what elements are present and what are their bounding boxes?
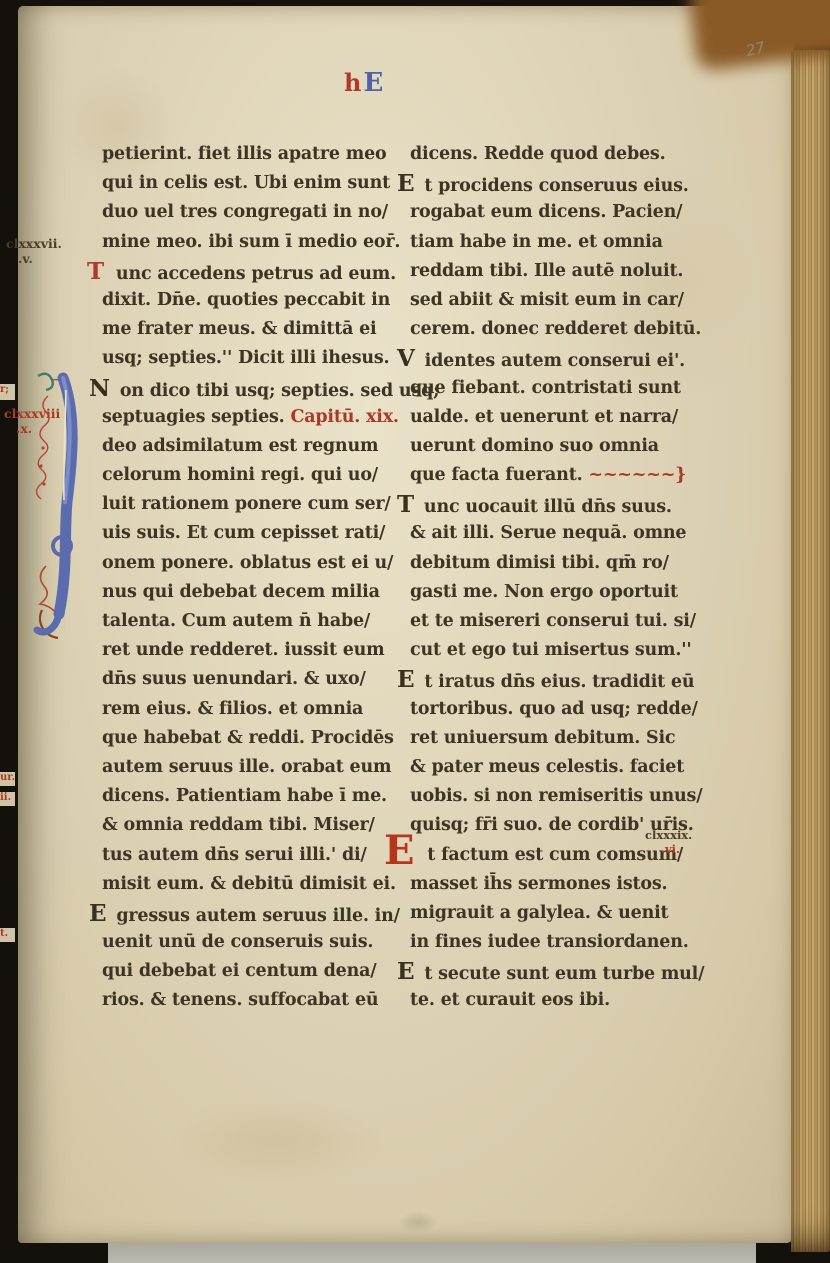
canon-note-right: clxxxix. .vi. (645, 828, 692, 856)
text-segment: qui in celis est. Ubi enim sunt (102, 173, 390, 193)
initial-letter: N (89, 375, 110, 402)
canon-number: clxxxvii. (6, 236, 62, 251)
manuscript-line: uenit unū de conseruis suis. (102, 928, 404, 957)
text-segment: me frater meus. & dimittā ei (102, 319, 377, 339)
manuscript-line: et te misereri conserui tui. si/ (410, 607, 722, 636)
text-segment: rem eius. & filios. et omnia (102, 699, 363, 719)
text-segment: ret unde redderet. iussit eum (102, 640, 385, 660)
text-segment: uerunt domino suo omnia (410, 436, 659, 456)
text-segment: ret uniuersum debitum. Sic (410, 728, 675, 748)
manuscript-line: te. et curauit eos ibi. (410, 986, 722, 1015)
text-segment: que habebat & reddi. Procidēs (102, 728, 394, 748)
text-segment: dixit. Dn̄e. quoties peccabit in (102, 290, 390, 310)
manuscript-line: Egressus autem seruus ille. in/ (102, 899, 404, 928)
text-segment: dicens. Redde quod debes. (410, 144, 665, 164)
text-segment: ualde. et uenerunt et narra/ (410, 407, 678, 427)
running-header-letter-e: E (363, 68, 383, 98)
canon-note-left-lower: clxxxviii .x. (4, 406, 60, 436)
text-segment: tiam habe in me. et omnia (410, 232, 663, 252)
manuscript-line: luit rationem ponere cum ser/ (102, 490, 404, 519)
text-segment: uis suis. Et cum cepisset rati/ (102, 523, 385, 543)
text-segment: que facta fuerant. (410, 465, 588, 485)
manuscript-line: uis suis. Et cum cepisset rati/ (102, 519, 404, 548)
manuscript-line: & omnia reddam tibi. Miser/ (102, 811, 404, 840)
text-segment: rogabat eum dicens. Pacien/ (410, 202, 682, 222)
text-segment: que fiebant. contristati sunt (410, 378, 681, 398)
manuscript-line: uerunt domino suo omnia (410, 432, 722, 461)
text-segment: cerem. donec redderet debitū. (410, 319, 701, 339)
initial-letter: E (397, 170, 414, 197)
manuscript-line: rios. & tenens. suffocabat eū (102, 986, 404, 1015)
manuscript-line: in fines iudee transiordanen. (410, 928, 722, 957)
text-segment: & pater meus celestis. faciet (410, 757, 684, 777)
text-segment: septuagies septies. (102, 407, 290, 427)
manuscript-line: usq; septies.'' Dicit illi ihesus. (102, 344, 404, 373)
manuscript-line: uobis. si non remiseritis unus/ (410, 782, 722, 811)
manuscript-line: que facta fuerant. ~~~~~~} (410, 461, 722, 490)
text-segment: nus qui debebat decem milia (102, 582, 380, 602)
manuscript-line: misit eum. & debitū dimisit ei. (102, 870, 404, 899)
manuscript-line: Tunc uocauit illū dn̄s suus. (410, 490, 722, 519)
manuscript-line: talenta. Cum autem n̄ habe/ (102, 607, 404, 636)
manuscript-line: dicens. Redde quod debes. (410, 140, 722, 169)
initial-letter: E (89, 900, 106, 927)
manuscript-line: septuagies septies. Capitū. xix. (102, 403, 404, 432)
manuscript-line: tiam habe in me. et omnia (410, 228, 722, 257)
text-segment: uobis. si non remiseritis unus/ (410, 786, 702, 806)
manuscript-line: cerem. donec redderet debitū. (410, 315, 722, 344)
manuscript-line: duo uel tres congregati in no/ (102, 198, 404, 227)
manuscript-line: petierint. fiet illis apatre meo (102, 140, 404, 169)
manuscript-line: me frater meus. & dimittā ei (102, 315, 404, 344)
text-segment: dn̄s suus uenundari. & uxo/ (102, 669, 366, 689)
manuscript-line: rem eius. & filios. et omnia (102, 695, 404, 724)
table-surface (108, 1243, 756, 1263)
text-segment: reddam tibi. Ille autē noluit. (410, 261, 683, 281)
canon-number: clxxxix. (645, 828, 692, 842)
manuscript-line: Et secute sunt eum turbe mul/ (410, 957, 722, 986)
text-segment: te. et curauit eos ibi. (410, 990, 610, 1010)
initial-letter: T (397, 491, 414, 518)
text-segment: unc uocauit illū dn̄s suus. (424, 497, 672, 517)
left-text-column: petierint. fiet illis apatre meoqui in c… (102, 140, 404, 1016)
text-segment: dicens. Patientiam habe ī me. (102, 786, 387, 806)
parchment-stain (168, 1096, 388, 1186)
text-segment: cut et ego tui misertus sum.'' (410, 640, 692, 660)
book-fore-edge (791, 50, 830, 1252)
edge-fragment: t. (0, 928, 15, 942)
text-segment: in fines iudee transiordanen. (410, 932, 689, 952)
text-segment: et te misereri conserui tui. si/ (410, 611, 696, 631)
manuscript-line: celorum homini regi. qui uo/ (102, 461, 404, 490)
text-segment: celorum homini regi. qui uo/ (102, 465, 378, 485)
manuscript-line: dicens. Patientiam habe ī me. (102, 782, 404, 811)
photograph-of-manuscript: petierint. fiet illis apatre meoqui in c… (0, 0, 830, 1263)
manuscript-line: qui debebat ei centum dena/ (102, 957, 404, 986)
text-segment: t iratus dn̄s eius. tradidit eū (424, 672, 694, 692)
text-segment: ~~~~~~} (588, 465, 686, 485)
manuscript-line: Non dico tibi usq; septies. sed usq; (102, 374, 404, 403)
text-segment: uenit unū de conseruis suis. (102, 932, 373, 952)
manuscript-line: deo adsimilatum est regnum (102, 432, 404, 461)
text-segment: gressus autem seruus ille. in/ (116, 906, 399, 926)
manuscript-line: autem seruus ille. orabat eum (102, 753, 404, 782)
manuscript-line: nus qui debebat decem milia (102, 578, 404, 607)
canon-number: clxxxviii (4, 406, 60, 421)
manuscript-line: dn̄s suus uenundari. & uxo/ (102, 665, 404, 694)
text-segment: t secute sunt eum turbe mul/ (424, 964, 704, 984)
canon-table-number: .vi. (645, 842, 692, 856)
manuscript-line: sed abiit & misit eum in car/ (410, 286, 722, 315)
manuscript-line: que fiebant. contristati sunt (410, 374, 722, 403)
manuscript-line: & ait illi. Serue nequā. omne (410, 519, 722, 548)
manuscript-line: ret uniuersum debitum. Sic (410, 724, 722, 753)
initial-letter: E (384, 827, 414, 874)
text-segment: petierint. fiet illis apatre meo (102, 144, 387, 164)
text-segment: luit rationem ponere cum ser/ (102, 494, 391, 514)
manuscript-line: Et iratus dn̄s eius. tradidit eū (410, 665, 722, 694)
text-segment: usq; septies.'' Dicit illi ihesus. (102, 348, 389, 368)
manuscript-line: ret unde redderet. iussit eum (102, 636, 404, 665)
manuscript-line: rogabat eum dicens. Pacien/ (410, 198, 722, 227)
pencil-smudge (398, 1211, 438, 1233)
initial-letter: T (87, 258, 104, 285)
text-segment: gasti me. Non ergo oportuit (410, 582, 678, 602)
text-segment: sed abiit & misit eum in car/ (410, 290, 684, 310)
running-header: hE (344, 68, 383, 98)
manuscript-page: petierint. fiet illis apatre meoqui in c… (18, 6, 794, 1243)
canon-table-number: .v. (6, 251, 62, 266)
text-segment: talenta. Cum autem n̄ habe/ (102, 611, 370, 631)
text-segment: identes autem conserui ei'. (425, 351, 685, 371)
canon-note-left-upper: clxxxvii. .v. (6, 236, 62, 266)
manuscript-line: que habebat & reddi. Procidēs (102, 724, 404, 753)
manuscript-line: masset ih̄s sermones istos. (410, 870, 722, 899)
right-text-column: dicens. Redde quod debes.Et procidens co… (410, 140, 722, 1016)
manuscript-line: qui in celis est. Ubi enim sunt (102, 169, 404, 198)
text-segment: autem seruus ille. orabat eum (102, 757, 391, 777)
edge-fragment: ur. (0, 772, 15, 786)
initial-letter: E (397, 666, 414, 693)
text-segment: masset ih̄s sermones istos. (410, 874, 667, 894)
manuscript-line: Tunc accedens petrus ad eum. (102, 257, 404, 286)
text-segment: unc accedens petrus ad eum. (116, 264, 396, 284)
manuscript-line: & pater meus celestis. faciet (410, 753, 722, 782)
text-segment: & ait illi. Serue nequā. omne (410, 523, 686, 543)
edge-fragment: ii. (0, 792, 15, 806)
manuscript-line: Et procidens conseruus eius. (410, 169, 722, 198)
initial-letter: V (397, 345, 415, 372)
initial-letter: E (397, 958, 414, 985)
manuscript-line: mine meo. ibi sum ī medio eor̄. (102, 228, 404, 257)
text-segment: deo adsimilatum est regnum (102, 436, 378, 456)
text-segment: on dico tibi usq; septies. sed usq; (120, 381, 440, 401)
text-segment: onem ponere. oblatus est ei u/ (102, 553, 393, 573)
manuscript-line: ualde. et uenerunt et narra/ (410, 403, 722, 432)
manuscript-line: cut et ego tui misertus sum.'' (410, 636, 722, 665)
text-segment: qui debebat ei centum dena/ (102, 961, 376, 981)
text-segment: migrauit a galylea. & uenit (410, 903, 668, 923)
manuscript-line: onem ponere. oblatus est ei u/ (102, 549, 404, 578)
manuscript-line: tortoribus. quo ad usq; redde/ (410, 695, 722, 724)
manuscript-line: migrauit a galylea. & uenit (410, 899, 722, 928)
text-segment: duo uel tres congregati in no/ (102, 202, 388, 222)
text-segment: & omnia reddam tibi. Miser/ (102, 815, 375, 835)
manuscript-line: Videntes autem conserui ei'. (410, 344, 722, 373)
text-segment: Capitū. xix. (290, 407, 398, 427)
text-segment: t procidens conseruus eius. (424, 176, 688, 196)
manuscript-line: reddam tibi. Ille autē noluit. (410, 257, 722, 286)
canon-table-number: .x. (4, 421, 60, 436)
text-segment: rios. & tenens. suffocabat eū (102, 990, 378, 1010)
text-segment: tus autem dn̄s serui illi.' di/ (102, 845, 367, 865)
manuscript-line: gasti me. Non ergo oportuit (410, 578, 722, 607)
running-header-letter-h: h (344, 68, 361, 97)
text-segment: mine meo. ibi sum ī medio eor̄. (102, 232, 400, 252)
text-segment: debitum dimisi tibi. qm̄ ro/ (410, 553, 669, 573)
edge-fragment: r; (0, 384, 15, 400)
text-segment: tortoribus. quo ad usq; redde/ (410, 699, 698, 719)
text-segment: misit eum. & debitū dimisit ei. (102, 874, 396, 894)
manuscript-line: debitum dimisi tibi. qm̄ ro/ (410, 549, 722, 578)
manuscript-line: tus autem dn̄s serui illi.' di/ (102, 841, 404, 870)
manuscript-line: dixit. Dn̄e. quoties peccabit in (102, 286, 404, 315)
